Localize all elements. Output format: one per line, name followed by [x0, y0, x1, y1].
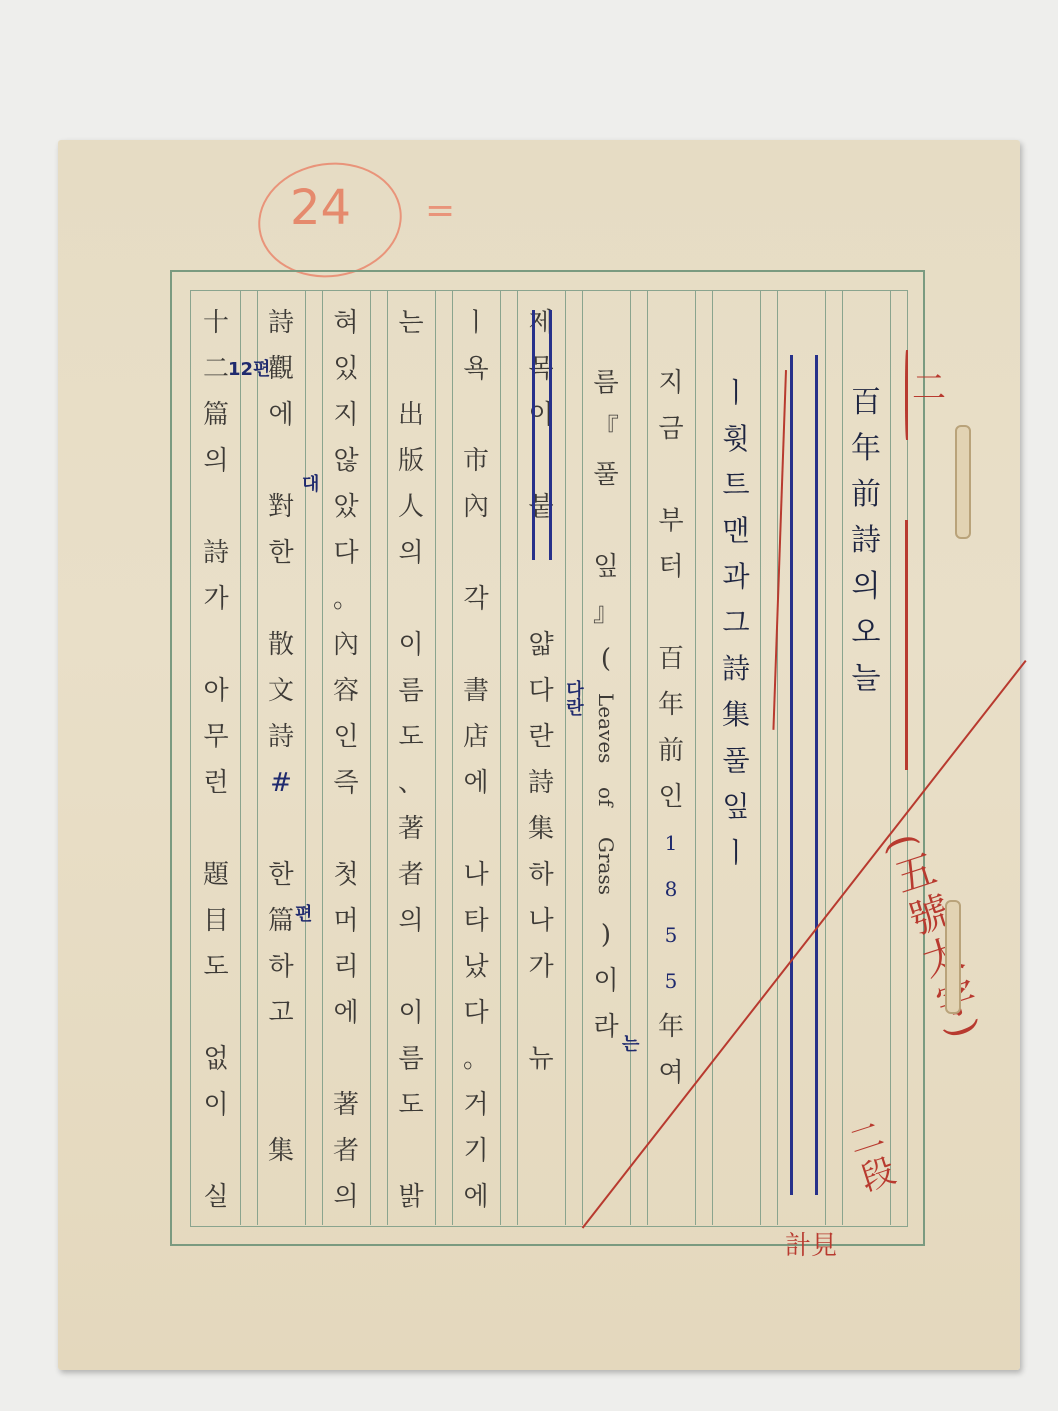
char [322, 1036, 370, 1082]
grid-line [370, 290, 371, 1225]
char: 풀 [582, 452, 630, 498]
struck-out-column [790, 355, 818, 1195]
char: 의 [387, 530, 435, 576]
char: 즉 [322, 760, 370, 806]
char: 실 [192, 1174, 240, 1220]
text-column-5: 는 出 版 人 의 이 름 도 、 著 者 의 이 름 도 밝 [387, 300, 435, 1220]
title-char: 前 [842, 472, 890, 518]
char: 版 [387, 438, 435, 484]
char [647, 452, 695, 498]
char: 者 [322, 1128, 370, 1174]
grid-line [435, 290, 436, 1225]
grid-line [890, 290, 891, 1225]
char [192, 806, 240, 852]
insert-dae: 대 [302, 470, 319, 496]
grid-line [777, 290, 778, 1225]
insert-neun: 는 [622, 1030, 639, 1056]
char: 『 [582, 406, 630, 452]
char: 지 [322, 392, 370, 438]
char [582, 498, 630, 544]
char: 目 [192, 898, 240, 944]
char: 』 [582, 590, 630, 636]
char [322, 806, 370, 852]
text-column-6: 혀 있 지 않 았 다 。 內 容 인 즉 첫 머 리 에 著 者 의 [322, 300, 370, 1220]
grid-line [305, 290, 306, 1225]
grid-line [760, 290, 761, 1225]
char: 이 [192, 1082, 240, 1128]
char: 內 [452, 484, 500, 530]
char: 무 [192, 714, 240, 760]
char: 얇 [517, 622, 565, 668]
char: 十 [192, 300, 240, 346]
subtitle-column: ㅣ 휫 트 맨 과 그 詩 集 풀 잎 ㅣ [712, 370, 760, 876]
char: 도 [387, 1082, 435, 1128]
char: 없 [192, 1036, 240, 1082]
char: 에 [257, 392, 305, 438]
char: 에 [452, 1174, 500, 1220]
char: 는 [387, 300, 435, 346]
char: 百 [647, 636, 695, 682]
char [387, 944, 435, 990]
char [192, 484, 240, 530]
char: 。 [452, 1036, 500, 1082]
char: 集 [517, 806, 565, 852]
subtitle-char: 맨 [712, 508, 760, 554]
char: 인 [322, 714, 370, 760]
title-char: 늘 [842, 656, 890, 702]
char: 름 [387, 1036, 435, 1082]
char: 나 [517, 898, 565, 944]
grid-line [565, 290, 566, 1225]
char: 이 [387, 622, 435, 668]
char [192, 990, 240, 1036]
char: 前 [647, 728, 695, 774]
char: of [582, 774, 630, 820]
char: # [257, 760, 305, 806]
title-char: 오 [842, 610, 890, 656]
char: 이 [387, 990, 435, 1036]
char: 詩 [192, 530, 240, 576]
char [387, 576, 435, 622]
char: 內 [322, 622, 370, 668]
char [257, 1082, 305, 1128]
char [257, 1036, 305, 1082]
char: 에 [322, 990, 370, 1036]
char: 著 [387, 806, 435, 852]
staple-top [955, 425, 971, 539]
char: ( [582, 636, 630, 682]
char [517, 990, 565, 1036]
char: 人 [387, 484, 435, 530]
char: 밝 [387, 1174, 435, 1220]
char: Leaves [582, 682, 630, 774]
char: 름 [582, 360, 630, 406]
char: 나 [452, 852, 500, 898]
char: 。 [322, 576, 370, 622]
char: 對 [257, 484, 305, 530]
char: 인 [647, 774, 695, 820]
char: 고 [257, 990, 305, 1036]
char: 書 [452, 668, 500, 714]
char: 詩 [257, 714, 305, 760]
grid-line [500, 290, 501, 1225]
char: 여 [647, 1050, 695, 1096]
char [452, 806, 500, 852]
char: 부 [647, 498, 695, 544]
subtitle-char: 集 [712, 692, 760, 738]
char: 지 [647, 360, 695, 406]
char: 의 [322, 1174, 370, 1220]
char: 거 [452, 1082, 500, 1128]
char: 가 [517, 944, 565, 990]
title-char: 年 [842, 426, 890, 472]
char: 혀 [322, 300, 370, 346]
staple-bottom [945, 900, 961, 1014]
text-column-2: 름 『 풀 잎 』 ( Leaves of Grass ) 이 라 [582, 360, 630, 1050]
char: 散 [257, 622, 305, 668]
char: 店 [452, 714, 500, 760]
title-char: 百 [842, 380, 890, 426]
insert-pyeon: 편 [295, 900, 312, 926]
char: ㅣ [452, 300, 500, 346]
char: 題 [192, 852, 240, 898]
char: 머 [322, 898, 370, 944]
char: 容 [322, 668, 370, 714]
char [257, 806, 305, 852]
char [647, 590, 695, 636]
char: 著 [322, 1082, 370, 1128]
char: 첫 [322, 852, 370, 898]
char: 욕 [452, 346, 500, 392]
title-char: 의 [842, 564, 890, 610]
char [387, 1128, 435, 1174]
char: 한 [257, 852, 305, 898]
char: 타 [452, 898, 500, 944]
char: 5 [647, 958, 695, 1004]
grid-line [630, 290, 631, 1225]
char: 하 [517, 852, 565, 898]
subtitle-char: 詩 [712, 646, 760, 692]
char: 市 [452, 438, 500, 484]
char: 한 [257, 530, 305, 576]
text-column-1: 지 금 부 터 百 年 前 인 1 8 5 5 年 여 [647, 360, 695, 1096]
char: 年 [647, 682, 695, 728]
char: 다 [452, 990, 500, 1036]
char: 하 [257, 944, 305, 990]
char [192, 1128, 240, 1174]
char: 者 [387, 852, 435, 898]
red-bracket-bottom [905, 520, 908, 770]
char: 란 [517, 714, 565, 760]
subtitle-char: ㅣ [712, 830, 760, 876]
char [192, 622, 240, 668]
title-char: 詩 [842, 518, 890, 564]
char: 年 [647, 1004, 695, 1050]
grid-line [240, 290, 241, 1225]
subtitle-char: ㅣ [712, 370, 760, 416]
char: 아 [192, 668, 240, 714]
text-column-7: 詩 觀 에 對 한 散 文 詩 # 한 篇 하 고 集 [257, 300, 305, 1174]
subtitle-char: 트 [712, 462, 760, 508]
char: 았 [322, 484, 370, 530]
char: 터 [647, 544, 695, 590]
insert-daran: 다란 [560, 680, 586, 716]
text-column-4: ㅣ 욕 市 內 각 書 店 에 나 타 났 다 。 거 기 에 [452, 300, 500, 1220]
char: 가 [192, 576, 240, 622]
page-number: 24 [290, 180, 351, 236]
page-number-mark: = [425, 190, 455, 231]
char: 詩 [517, 760, 565, 806]
char: Grass [582, 820, 630, 912]
section-number-mark: 二 [912, 360, 946, 409]
char: 기 [452, 1128, 500, 1174]
char: 1 [647, 820, 695, 866]
subtitle-char: 잎 [712, 784, 760, 830]
char: 集 [257, 1128, 305, 1174]
char [387, 346, 435, 392]
red-margin-note-3: 計見 [785, 1225, 837, 1262]
char: 5 [647, 912, 695, 958]
char: 있 [322, 346, 370, 392]
title-column: 百 年 前 詩 의 오 늘 [842, 380, 890, 702]
subtitle-char: 휫 [712, 416, 760, 462]
char: 詩 [257, 300, 305, 346]
grid-line [825, 290, 826, 1225]
char: 이 [582, 958, 630, 1004]
char: 름 [387, 668, 435, 714]
char: 잎 [582, 544, 630, 590]
char: 에 [452, 760, 500, 806]
char [452, 622, 500, 668]
subtitle-char: 그 [712, 600, 760, 646]
char: 났 [452, 944, 500, 990]
char: 런 [192, 760, 240, 806]
char: 、 [387, 760, 435, 806]
text-column-8: 十 二 篇 의 詩 가 아 무 런 題 目 도 없 이 실 [192, 300, 240, 1220]
char: 도 [387, 714, 435, 760]
char: 각 [452, 576, 500, 622]
char: 않 [322, 438, 370, 484]
subtitle-char: 풀 [712, 738, 760, 784]
insert-12-pyeon: 12편 [228, 355, 270, 381]
char: 금 [647, 406, 695, 452]
char: ) [582, 912, 630, 958]
char [257, 576, 305, 622]
subtitle-char: 과 [712, 554, 760, 600]
char: 다 [322, 530, 370, 576]
char [452, 530, 500, 576]
char: 의 [387, 898, 435, 944]
char: 뉴 [517, 1036, 565, 1082]
char: 도 [192, 944, 240, 990]
char: 文 [257, 668, 305, 714]
char [517, 576, 565, 622]
char [257, 438, 305, 484]
char: 리 [322, 944, 370, 990]
char: 다 [517, 668, 565, 714]
char [452, 392, 500, 438]
char: 出 [387, 392, 435, 438]
struck-out-word [532, 310, 552, 560]
char: 의 [192, 438, 240, 484]
char: 篇 [192, 392, 240, 438]
red-bracket-top [905, 350, 908, 440]
char: 8 [647, 866, 695, 912]
